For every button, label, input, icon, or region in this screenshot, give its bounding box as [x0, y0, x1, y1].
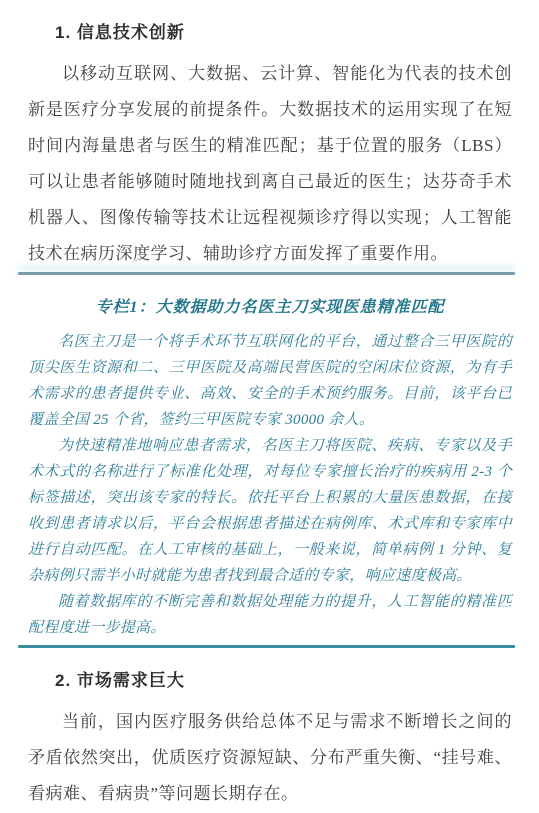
section-2-heading: 2. 市场需求巨大: [28, 668, 512, 694]
column-box-paragraph-3: 随着数据库的不断完善和数据处理能力的提升，人工智能的精准匹配程度进一步提高。: [28, 589, 512, 641]
column-box: 专栏1：大数据助力名医主刀实现医患精准匹配 名医主刀是一个将手术环节互联网化的平…: [28, 294, 512, 641]
column-box-top-divider: [18, 272, 515, 275]
section-2-paragraph: 当前，国内医疗服务供给总体不足与需求不断增长之间的矛盾依然突出，优质医疗资源短缺…: [28, 704, 512, 812]
column-box-paragraph-1: 名医主刀是一个将手术环节互联网化的平台，通过整合三甲医院的顶尖医生资源和二、三甲…: [28, 329, 512, 433]
column-box-paragraph-2: 为快速精准地响应患者需求，名医主刀将医院、疾病、专家以及手术术式的名称进行了标准…: [28, 433, 512, 589]
document-page: 1. 信息技术创新 以移动互联网、大数据、云计算、智能化为代表的技术创新是医疗分…: [0, 0, 539, 813]
column-box-title: 专栏1：大数据助力名医主刀实现医患精准匹配: [28, 294, 512, 317]
section-1-paragraph: 以移动互联网、大数据、云计算、智能化为代表的技术创新是医疗分享发展的前提条件。大…: [28, 56, 512, 272]
column-box-bottom-divider: [18, 645, 515, 648]
section-1-heading: 1. 信息技术创新: [28, 20, 512, 46]
